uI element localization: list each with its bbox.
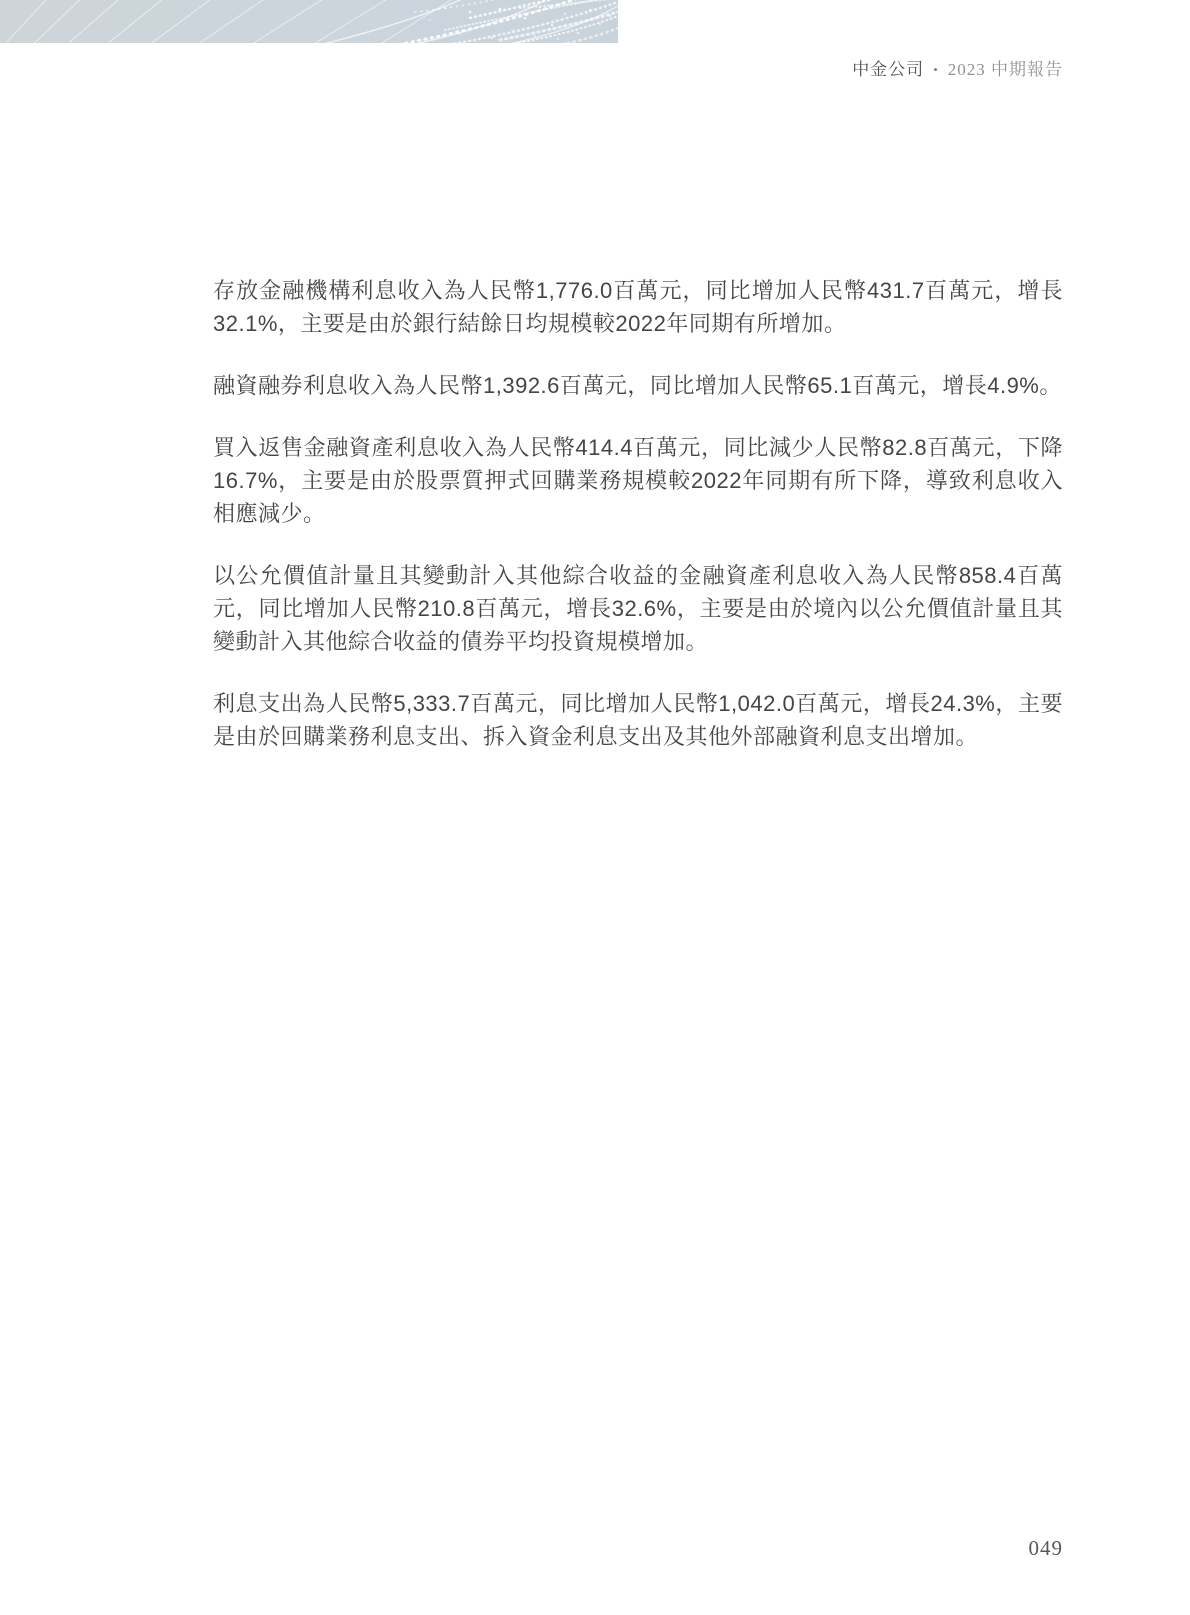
body-paragraph-interest-expense: 利息支出為人民幣5,333.7百萬元，同比增加人民幣1,042.0百萬元，增長2… (213, 687, 1063, 753)
body-paragraph-deposits-interest-income: 存放金融機構利息收入為人民幣1,776.0百萬元，同比增加人民幣431.7百萬元… (213, 274, 1063, 340)
header-bullet-separator: • (924, 62, 948, 77)
body-text-block: 存放金融機構利息收入為人民幣1,776.0百萬元，同比增加人民幣431.7百萬元… (213, 274, 1063, 782)
report-page: 中金公司•2023 中期報告 存放金融機構利息收入為人民幣1,776.0百萬元，… (0, 0, 1190, 1615)
body-paragraph-margin-financing-interest-income: 融資融券利息收入為人民幣1,392.6百萬元，同比增加人民幣65.1百萬元，增長… (213, 369, 1063, 402)
decorative-band (0, 0, 618, 43)
header-report-title: 2023 中期報告 (948, 60, 1063, 79)
header-company-name: 中金公司 (852, 60, 924, 79)
page-header: 中金公司•2023 中期報告 (852, 58, 1063, 82)
body-paragraph-fvoci-interest-income: 以公允價值計量且其變動計入其他綜合收益的金融資產利息收入為人民幣858.4百萬元… (213, 559, 1063, 658)
band-pattern-graphic (0, 0, 618, 43)
page-number: 049 (1029, 1536, 1064, 1561)
body-paragraph-reverse-repo-interest-income: 買入返售金融資產利息收入為人民幣414.4百萬元，同比減少人民幣82.8百萬元，… (213, 431, 1063, 530)
